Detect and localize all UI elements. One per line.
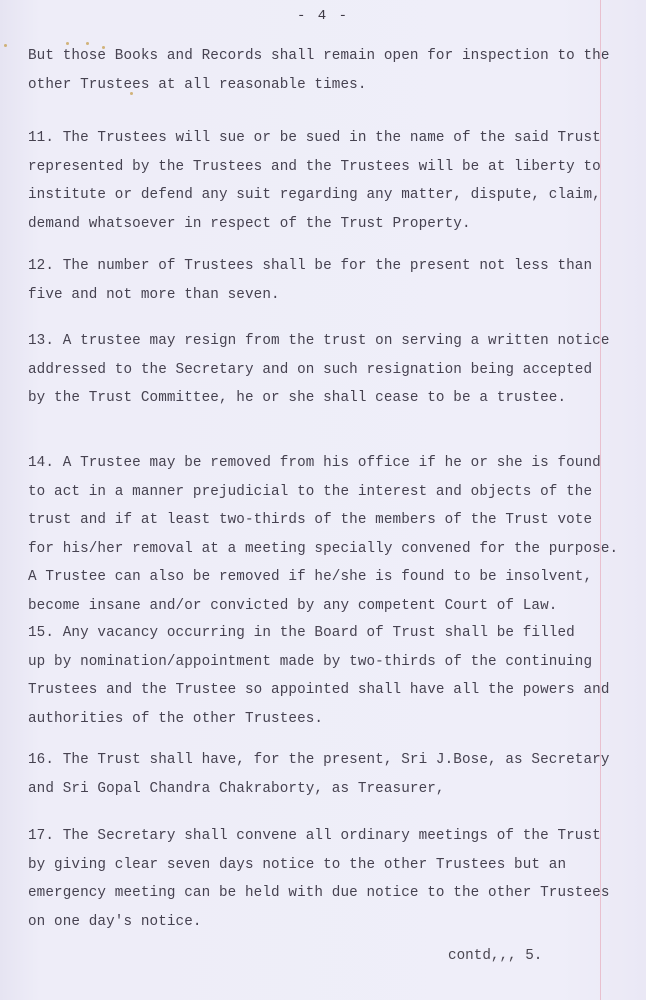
page-number: - 4 - [0,8,646,24]
clause-14-line: for his/her removal at a meeting special… [28,541,618,557]
clause-14-line: become insane and/or convicted by any co… [28,598,557,614]
paper-speck [66,42,69,45]
clause-11-line: 11. The Trustees will sue or be sued in … [28,130,601,146]
clause-13-line: by the Trust Committee, he or she shall … [28,390,566,406]
clause-15-line: Trustees and the Trustee so appointed sh… [28,682,610,698]
clause-15-line: authorities of the other Trustees. [28,711,323,727]
clause-11-line: demand whatsoever in respect of the Trus… [28,216,471,232]
clause-14-line: trust and if at least two-thirds of the … [28,512,592,528]
paper-speck [4,44,7,47]
clause-11-line: represented by the Trustees and the Trus… [28,159,601,175]
clause-17-line: emergency meeting can be held with due n… [28,885,610,901]
paper-speck [86,42,89,45]
clause-14-line: to act in a manner prejudicial to the in… [28,484,592,500]
clause-12-line: five and not more than seven. [28,287,280,303]
clause-17-line: on one day's notice. [28,914,202,930]
clause-17-line: by giving clear seven days notice to the… [28,857,566,873]
margin-rule [600,0,601,1000]
clause-11-line: institute or defend any suit regarding a… [28,187,601,203]
clause-13-line: addressed to the Secretary and on such r… [28,362,592,378]
clause-12-line: 12. The number of Trustees shall be for … [28,258,592,274]
clause-13-line: 13. A trustee may resign from the trust … [28,333,610,349]
clause-17-line: 17. The Secretary shall convene all ordi… [28,828,601,844]
clause-14-line: A Trustee can also be removed if he/she … [28,569,592,585]
paragraph-line: other Trustees at all reasonable times. [28,77,367,93]
clause-15-line: up by nomination/appointment made by two… [28,654,592,670]
clause-15-line: 15. Any vacancy occurring in the Board o… [28,625,575,641]
paper-page [0,0,646,1000]
clause-16-line: and Sri Gopal Chandra Chakraborty, as Tr… [28,781,445,797]
clause-14-line: 14. A Trustee may be removed from his of… [28,455,601,471]
clause-16-line: 16. The Trust shall have, for the presen… [28,752,610,768]
paragraph-line: But those Books and Records shall remain… [28,48,610,64]
continuation-note: contd,,, 5. [448,948,542,964]
